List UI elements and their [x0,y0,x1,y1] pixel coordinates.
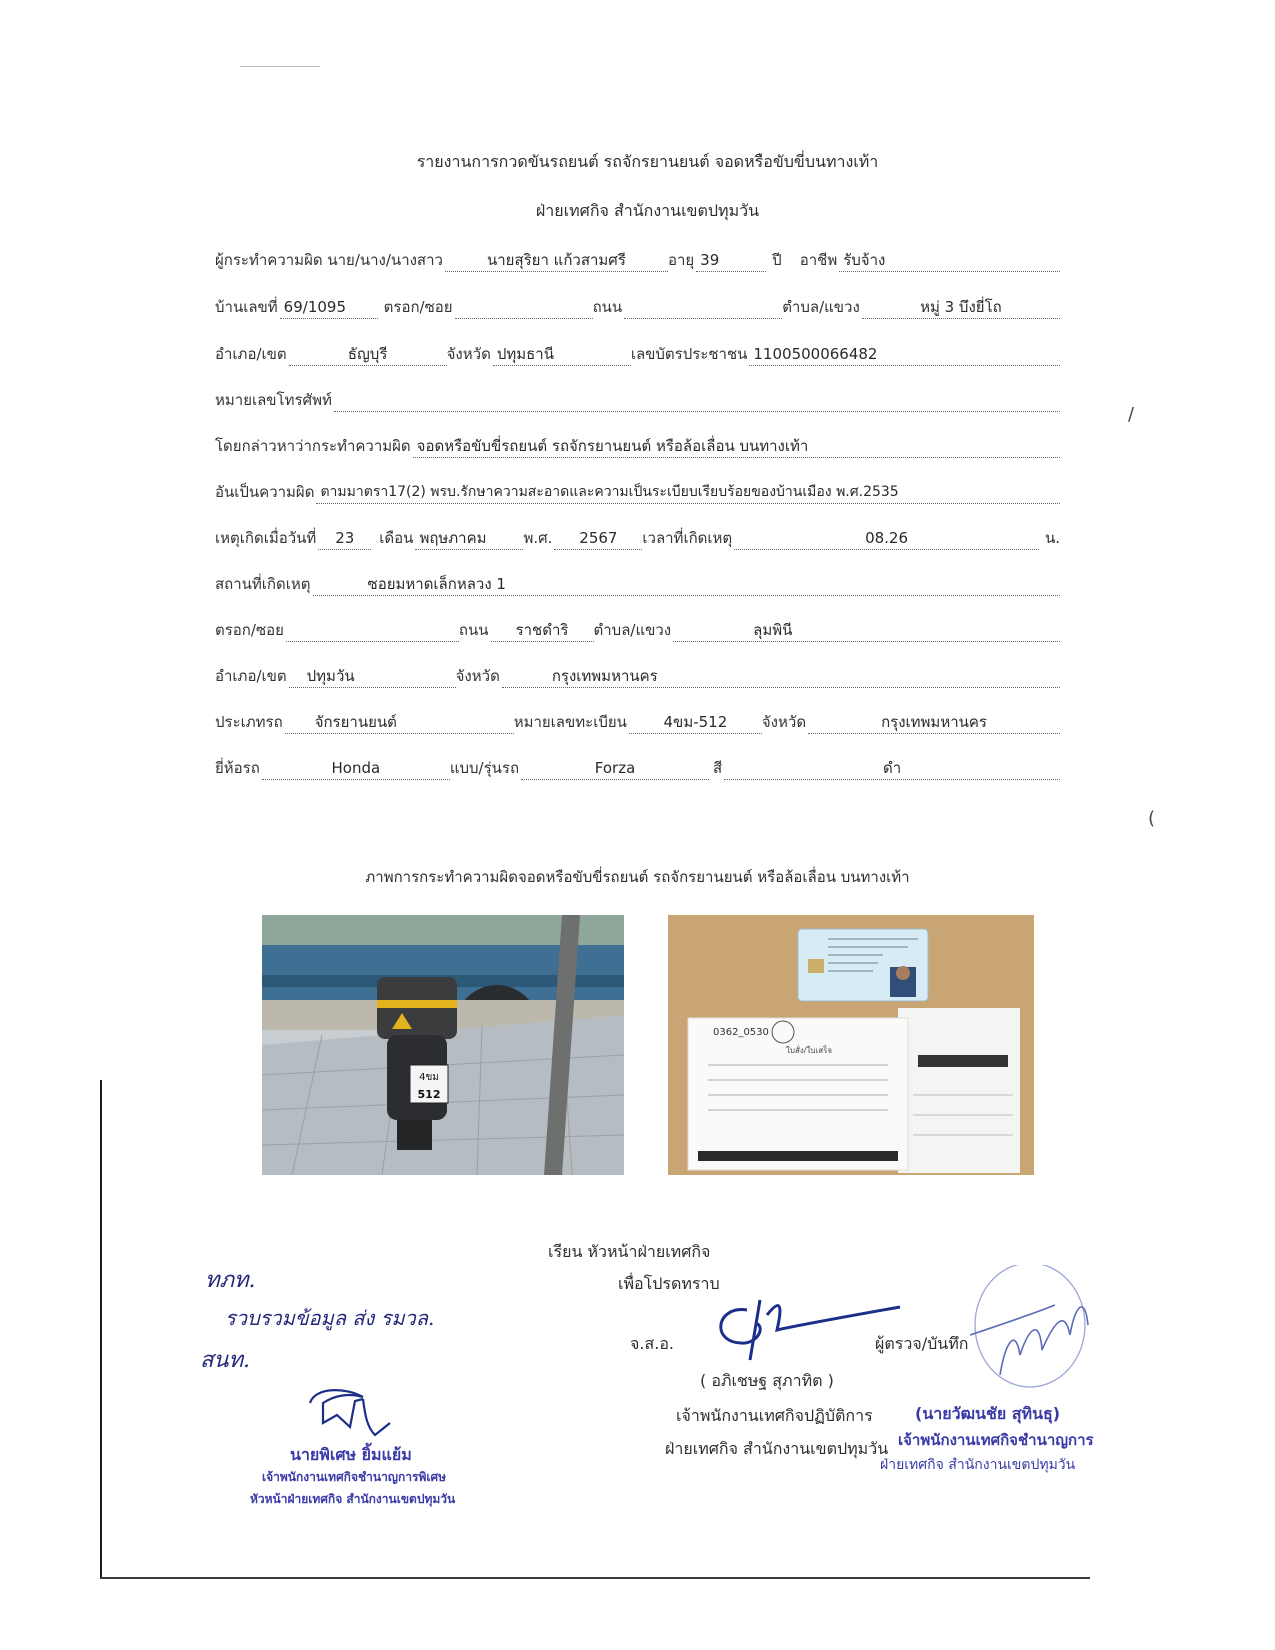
color-value: ดำ [724,757,1060,780]
incident-province-label: จังหวัด [456,664,502,688]
road-label: ถนน [593,295,625,319]
documents-photo-illustration: 0362_0530 ใบสั่ง/ใบเสร็จ [668,915,1034,1175]
incident-district-row: อำเภอ/เขต ปทุมวัน จังหวัด กรุงเทพมหานคร [215,658,1060,688]
incident-address-row: ตรอก/ซอย ถนน ราชดำริ ตำบล/แขวง ลุมพินี [215,612,1060,642]
brand-label: ยี่ห้อรถ [215,756,262,780]
offender-name: นายสุริยา แก้วสามศรี [445,249,668,272]
alley-value [455,296,593,319]
head-stamp-position: เจ้าพนักงานเทศกิจชำนาญการพิเศษ [262,1468,446,1487]
plate-province-value: กรุงเทพมหานคร [808,711,1060,734]
incident-road-value: ราชดำริ [491,619,594,642]
supervisor-signature [960,1265,1100,1405]
handwritten-note-line1: ทภท. [205,1262,256,1297]
address-row: บ้านเลขที่ 69/1095 ตรอก/ซอย ถนน ตำบล/แขว… [215,289,1060,319]
charge-row: โดยกล่าวหาว่ากระทำความผิด จอดหรือขับขี่ร… [215,428,1060,458]
color-label: สี [709,756,724,780]
document-subtitle: ฝ่ายเทศกิจ สำนักงานเขตปทุมวัน [10,199,1275,224]
incident-alley-label: ตรอก/ซอย [215,618,286,642]
year-value: 2567 [554,527,642,550]
plate-province-label: จังหวัด [762,710,808,734]
brand-row: ยี่ห้อรถ Honda แบบ/รุ่นรถ Forza สี ดำ [215,750,1060,780]
brand-value: Honda [262,757,450,780]
head-stamp-unit: หัวหน้าฝ่ายเทศกิจ สำนักงานเขตปทุมวัน [250,1490,455,1509]
handwritten-note-line2: รวบรวมข้อมูล ส่ง รมวล. [225,1302,434,1334]
house-no-label: บ้านเลขที่ [215,295,280,319]
charge-value: จอดหรือขับขี่รถยนต์ รถจักรยานยนต์ หรือล้… [413,435,1060,458]
supervisor-stamp-name: (นายวัฒนชัย สุทินธุ) [915,1402,1060,1427]
vehicle-type-label: ประเภทรถ [215,710,285,734]
svg-text:ใบสั่ง/ใบเสร็จ: ใบสั่ง/ใบเสร็จ [786,1044,832,1055]
age-unit: ปี [766,248,800,272]
officer-unit: ฝ่ายเทศกิจ สำนักงานเขตปทุมวัน [665,1437,888,1462]
supervisor-stamp-position: เจ้าพนักงานเทศกิจชำนาญการ [898,1428,1094,1452]
district-value: ธัญบุรี [289,343,447,366]
house-no-value: 69/1095 [280,296,378,319]
officer-name: ( อภิเชษฐ สุภาทิต ) [700,1369,834,1394]
place-row: สถานที่เกิดเหตุ ซอยมหาดเล็กหลวง 1 [215,566,1060,596]
phone-value [334,389,1060,412]
district-row: อำเภอ/เขต ธัญบุรี จังหวัด ปทุมธานี เลขบั… [215,336,1060,366]
incident-subdistrict-value: ลุมพินี [673,619,1060,642]
province-value: ปทุมธานี [493,343,631,366]
svg-text:0362_0530: 0362_0530 [713,1027,769,1038]
charge-label: โดยกล่าวหาว่ากระทำความผิด [215,434,413,458]
date-row: เหตุเกิดเมื่อวันที่ 23 เดือน พฤษภาคม พ.ศ… [215,520,1060,550]
age-value: 39 [696,249,766,272]
offender-label: ผู้กระทำความผิด นาย/นาง/นางสาว [215,248,445,272]
vehicle-row: ประเภทรถ จักรยานยนต์ หมายเลขทะเบียน 4ขม-… [215,704,1060,734]
road-value [624,296,782,319]
month-value: พฤษภาคม [415,527,523,550]
margin-mark: / [1128,404,1134,425]
margin-mark: ( [1148,808,1155,829]
incident-district-value: ปทุมวัน [289,665,456,688]
province-label: จังหวัด [447,342,493,366]
time-unit: น. [1039,526,1060,550]
document-title: รายงานการกวดขันรถยนต์ รถจักรยานยนต์ จอดห… [10,150,1275,175]
alley-label: ตรอก/ซอย [378,295,455,319]
incident-district-label: อำเภอ/เขต [215,664,289,688]
subdistrict-value: หมู่ 3 บึงยี่โถ [862,296,1060,319]
place-value: ซอยมหาดเล็กหลวง 1 [313,573,1060,596]
date-label: เหตุเกิดเมื่อวันที่ [215,526,318,550]
incident-road-label: ถนน [459,618,491,642]
salutation: เรียน หัวหน้าฝ่ายเทศกิจ [548,1240,710,1265]
page-edge [100,1577,1090,1579]
head-signature [305,1385,395,1440]
time-value: 08.26 [734,527,1039,550]
year-label: พ.ศ. [523,526,554,550]
svg-text:512: 512 [418,1088,441,1101]
place-label: สถานที่เกิดเหตุ [215,572,313,596]
model-value: Forza [521,757,709,780]
scan-mark [240,66,320,67]
incident-province-value: กรุงเทพมหานคร [502,665,1060,688]
handwritten-note-line3: สนท. [200,1342,250,1377]
officer-position: เจ้าพนักงานเทศกิจปฏิบัติการ [676,1404,873,1429]
officer-prefix: จ.ส.อ. [630,1332,674,1357]
plate-label: หมายเลขทะเบียน [514,710,629,734]
id-card-value: 1100500066482 [749,343,1060,366]
occupation-value: รับจ้าง [839,249,1060,272]
incident-subdistrict-label: ตำบล/แขวง [594,618,674,642]
phone-row: หมายเลขโทรศัพท์ [215,382,1060,412]
svg-text:4ขม: 4ขม [419,1072,439,1083]
officer-role-note: ผู้ตรวจ/บันทึก [875,1332,968,1357]
law-value: ตามมาตรา17(2) พรบ.รักษาความสะอาดและความเ… [316,481,1060,504]
page-edge [100,1080,102,1578]
subdistrict-label: ตำบล/แขวง [782,295,862,319]
incident-alley-value [286,619,459,642]
time-label: เวลาที่เกิดเหตุ [642,526,734,550]
model-label: แบบ/รุ่นรถ [450,756,521,780]
day-value: 23 [318,527,371,550]
evidence-photo-documents: 0362_0530 ใบสั่ง/ใบเสร็จ [668,915,1034,1175]
offender-row: ผู้กระทำความผิด นาย/นาง/นางสาว นายสุริยา… [215,242,1060,272]
month-label: เดือน [371,526,415,550]
supervisor-stamp-unit: ฝ่ายเทศกิจ สำนักงานเขตปทุมวัน [880,1454,1075,1476]
age-label: อายุ [668,248,696,272]
occupation-label: อาชีพ [800,248,840,272]
evidence-photo-motorcycle: 4ขม 512 [262,915,624,1175]
law-row: อันเป็นความผิด ตามมาตรา17(2) พรบ.รักษาคว… [215,474,1060,504]
plate-value: 4ขม-512 [629,711,762,734]
motorcycle-photo-illustration: 4ขม 512 [262,915,624,1175]
law-label: อันเป็นความผิด [215,480,316,504]
district-label: อำเภอ/เขต [215,342,289,366]
id-card-label: เลขบัตรประชาชน [631,342,750,366]
phone-label: หมายเลขโทรศัพท์ [215,388,334,412]
vehicle-type-value: จักรยานยนต์ [285,711,514,734]
head-stamp-name: นายพิเศษ ยิ้มแย้ม [290,1443,412,1468]
evidence-caption: ภาพการกระทำความผิดจอดหรือขับขี่รถยนต์ รถ… [0,865,1275,889]
